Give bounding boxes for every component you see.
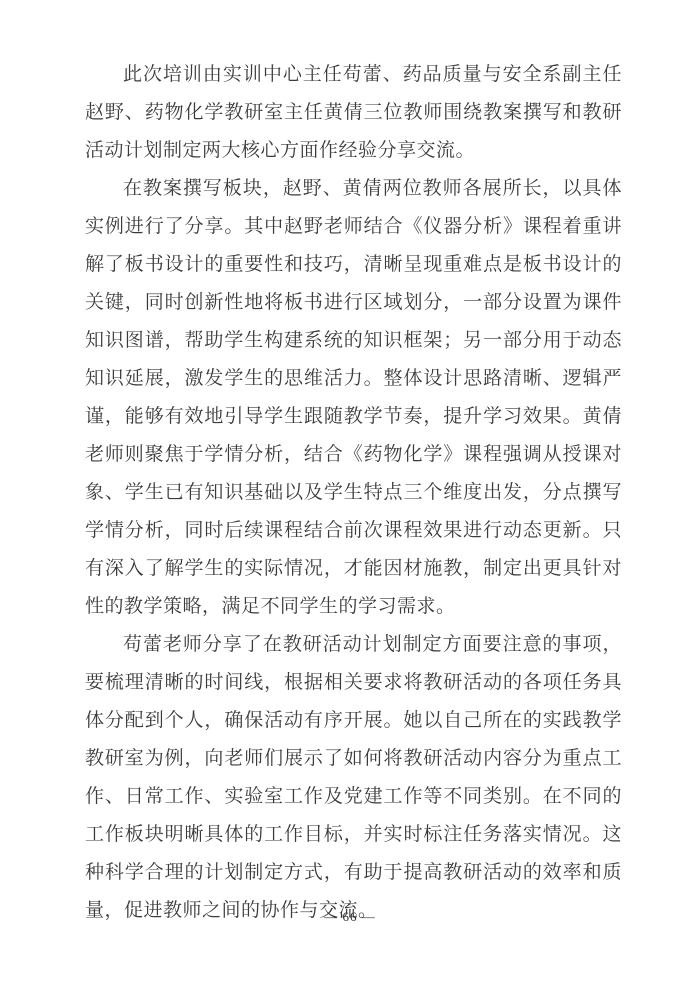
- page-number: — 66 —: [0, 908, 700, 926]
- paragraph: 此次培训由实训中心主任苟蕾、药品质量与安全系副主任赵野、药物化学教研室主任黄倩三…: [85, 56, 622, 170]
- paragraph: 苟蕾老师分享了在教研活动计划制定方面要注意的事项，要梳理清晰的时间线，根据相关要…: [85, 626, 622, 930]
- document-body: 此次培训由实训中心主任苟蕾、药品质量与安全系副主任赵野、药物化学教研室主任黄倩三…: [85, 56, 622, 930]
- paragraph: 在教案撰写板块，赵野、黄倩两位教师各展所长，以具体实例进行了分享。其中赵野老师结…: [85, 170, 622, 626]
- document-page: 此次培训由实训中心主任苟蕾、药品质量与安全系副主任赵野、药物化学教研室主任黄倩三…: [0, 0, 700, 989]
